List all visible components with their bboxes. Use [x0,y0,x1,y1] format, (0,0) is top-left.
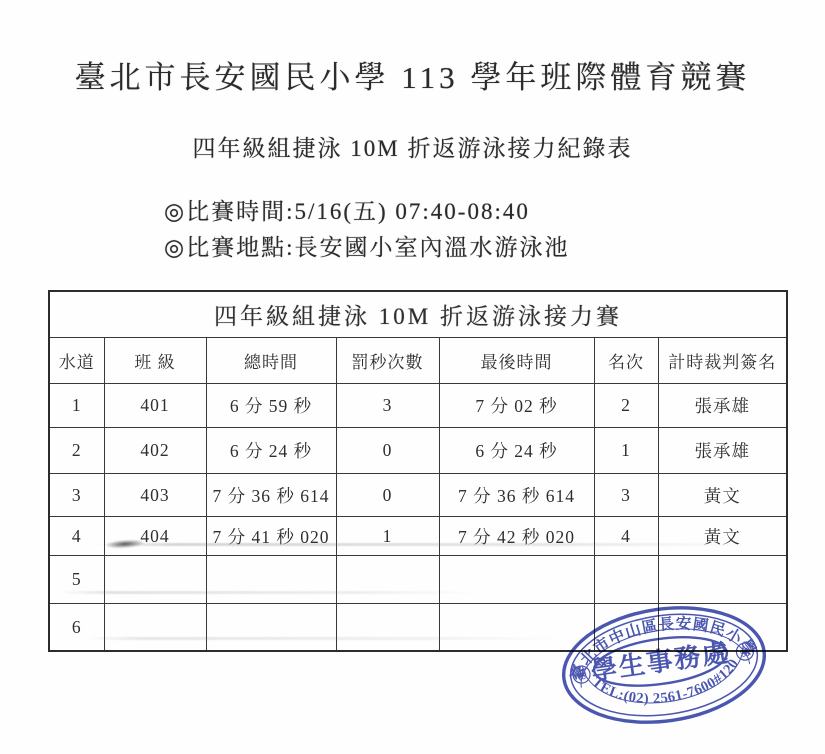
cell-lane: 1 [49,384,104,428]
header-total-time: 總時間 [206,338,336,384]
cell-total-time [206,604,336,652]
info-line-location: ◎比賽地點:長安國小室內溫水游泳池 [164,230,569,266]
cell-total-time: 6 分 59 秒 [206,384,336,428]
cell-class [104,604,206,652]
cell-class: 403 [104,474,206,517]
cell-class: 401 [104,384,206,428]
school-stamp: 臺北市中山區長安國民小學 TEL:(02) 2561-7600#120 學生事務… [556,597,772,733]
info-block: ◎比賽時間:5/16(五) 07:40-08:40 ◎比賽地點:長安國小室內溫水… [164,194,569,266]
cell-judge: 張承雄 [658,428,787,474]
header-final-time: 最後時間 [439,338,594,384]
cell-final-time: 6 分 24 秒 [439,428,594,474]
table-title-row: 四年級組捷泳 10M 折返游泳接力賽 [49,291,787,338]
cell-penalty: 0 [336,474,439,517]
header-judge-signature: 計時裁判簽名 [658,338,787,384]
cell-rank: 3 [594,474,658,517]
cell-total-time: 7 分 41 秒 020 [206,517,336,556]
cell-judge: 黃文 [658,474,787,517]
cell-total-time: 7 分 36 秒 614 [206,474,336,517]
cell-rank: 4 [594,517,658,556]
table-title: 四年級組捷泳 10M 折返游泳接力賽 [49,291,787,338]
cell-class [104,556,206,604]
cell-lane: 3 [49,474,104,517]
cell-penalty: 0 [336,428,439,474]
info-line-time: ◎比賽時間:5/16(五) 07:40-08:40 [164,194,569,230]
header-penalty-count: 罰秒次數 [336,338,439,384]
cell-class: 404 [104,517,206,556]
cell-lane: 6 [49,604,104,652]
document-page: 臺北市長安國民小學 113 學年班際體育競賽 四年級組捷泳 10M 折返游泳接力… [0,0,825,754]
cell-total-time [206,556,336,604]
table-row: 3 403 7 分 36 秒 614 0 7 分 36 秒 614 3 黃文 [49,474,787,517]
table-header-row: 水道 班 級 總時間 罰秒次數 最後時間 名次 計時裁判簽名 [49,338,787,384]
cell-rank: 2 [594,384,658,428]
plum-blossom-emblem-right-icon: ❀ [739,644,752,660]
header-rank: 名次 [594,338,658,384]
header-class: 班 級 [104,338,206,384]
cell-penalty [336,604,439,652]
page-title: 臺北市長安國民小學 113 學年班際體育競賽 [0,52,825,97]
cell-final-time: 7 分 02 秒 [439,384,594,428]
cell-final-time: 7 分 36 秒 614 [439,474,594,517]
cell-lane: 2 [49,428,104,474]
cell-penalty [336,556,439,604]
cell-rank: 1 [594,428,658,474]
cell-penalty: 3 [336,384,439,428]
cell-penalty: 1 [336,517,439,556]
cell-lane: 4 [49,517,104,556]
cell-judge: 張承雄 [658,384,787,428]
cell-total-time: 6 分 24 秒 [206,428,336,474]
table-row: 4 404 7 分 41 秒 020 1 7 分 42 秒 020 4 黃文 [49,517,787,556]
cell-lane: 5 [49,556,104,604]
cell-final-time: 7 分 42 秒 020 [439,517,594,556]
page-subtitle: 四年級組捷泳 10M 折返游泳接力紀錄表 [0,130,825,163]
header-lane: 水道 [49,338,104,384]
cell-class: 402 [104,428,206,474]
table-row: 2 402 6 分 24 秒 0 6 分 24 秒 1 張承雄 [49,428,787,474]
plum-blossom-emblem-left-icon: ❀ [575,667,588,683]
cell-judge: 黃文 [658,517,787,556]
table-row: 1 401 6 分 59 秒 3 7 分 02 秒 2 張承雄 [49,384,787,428]
